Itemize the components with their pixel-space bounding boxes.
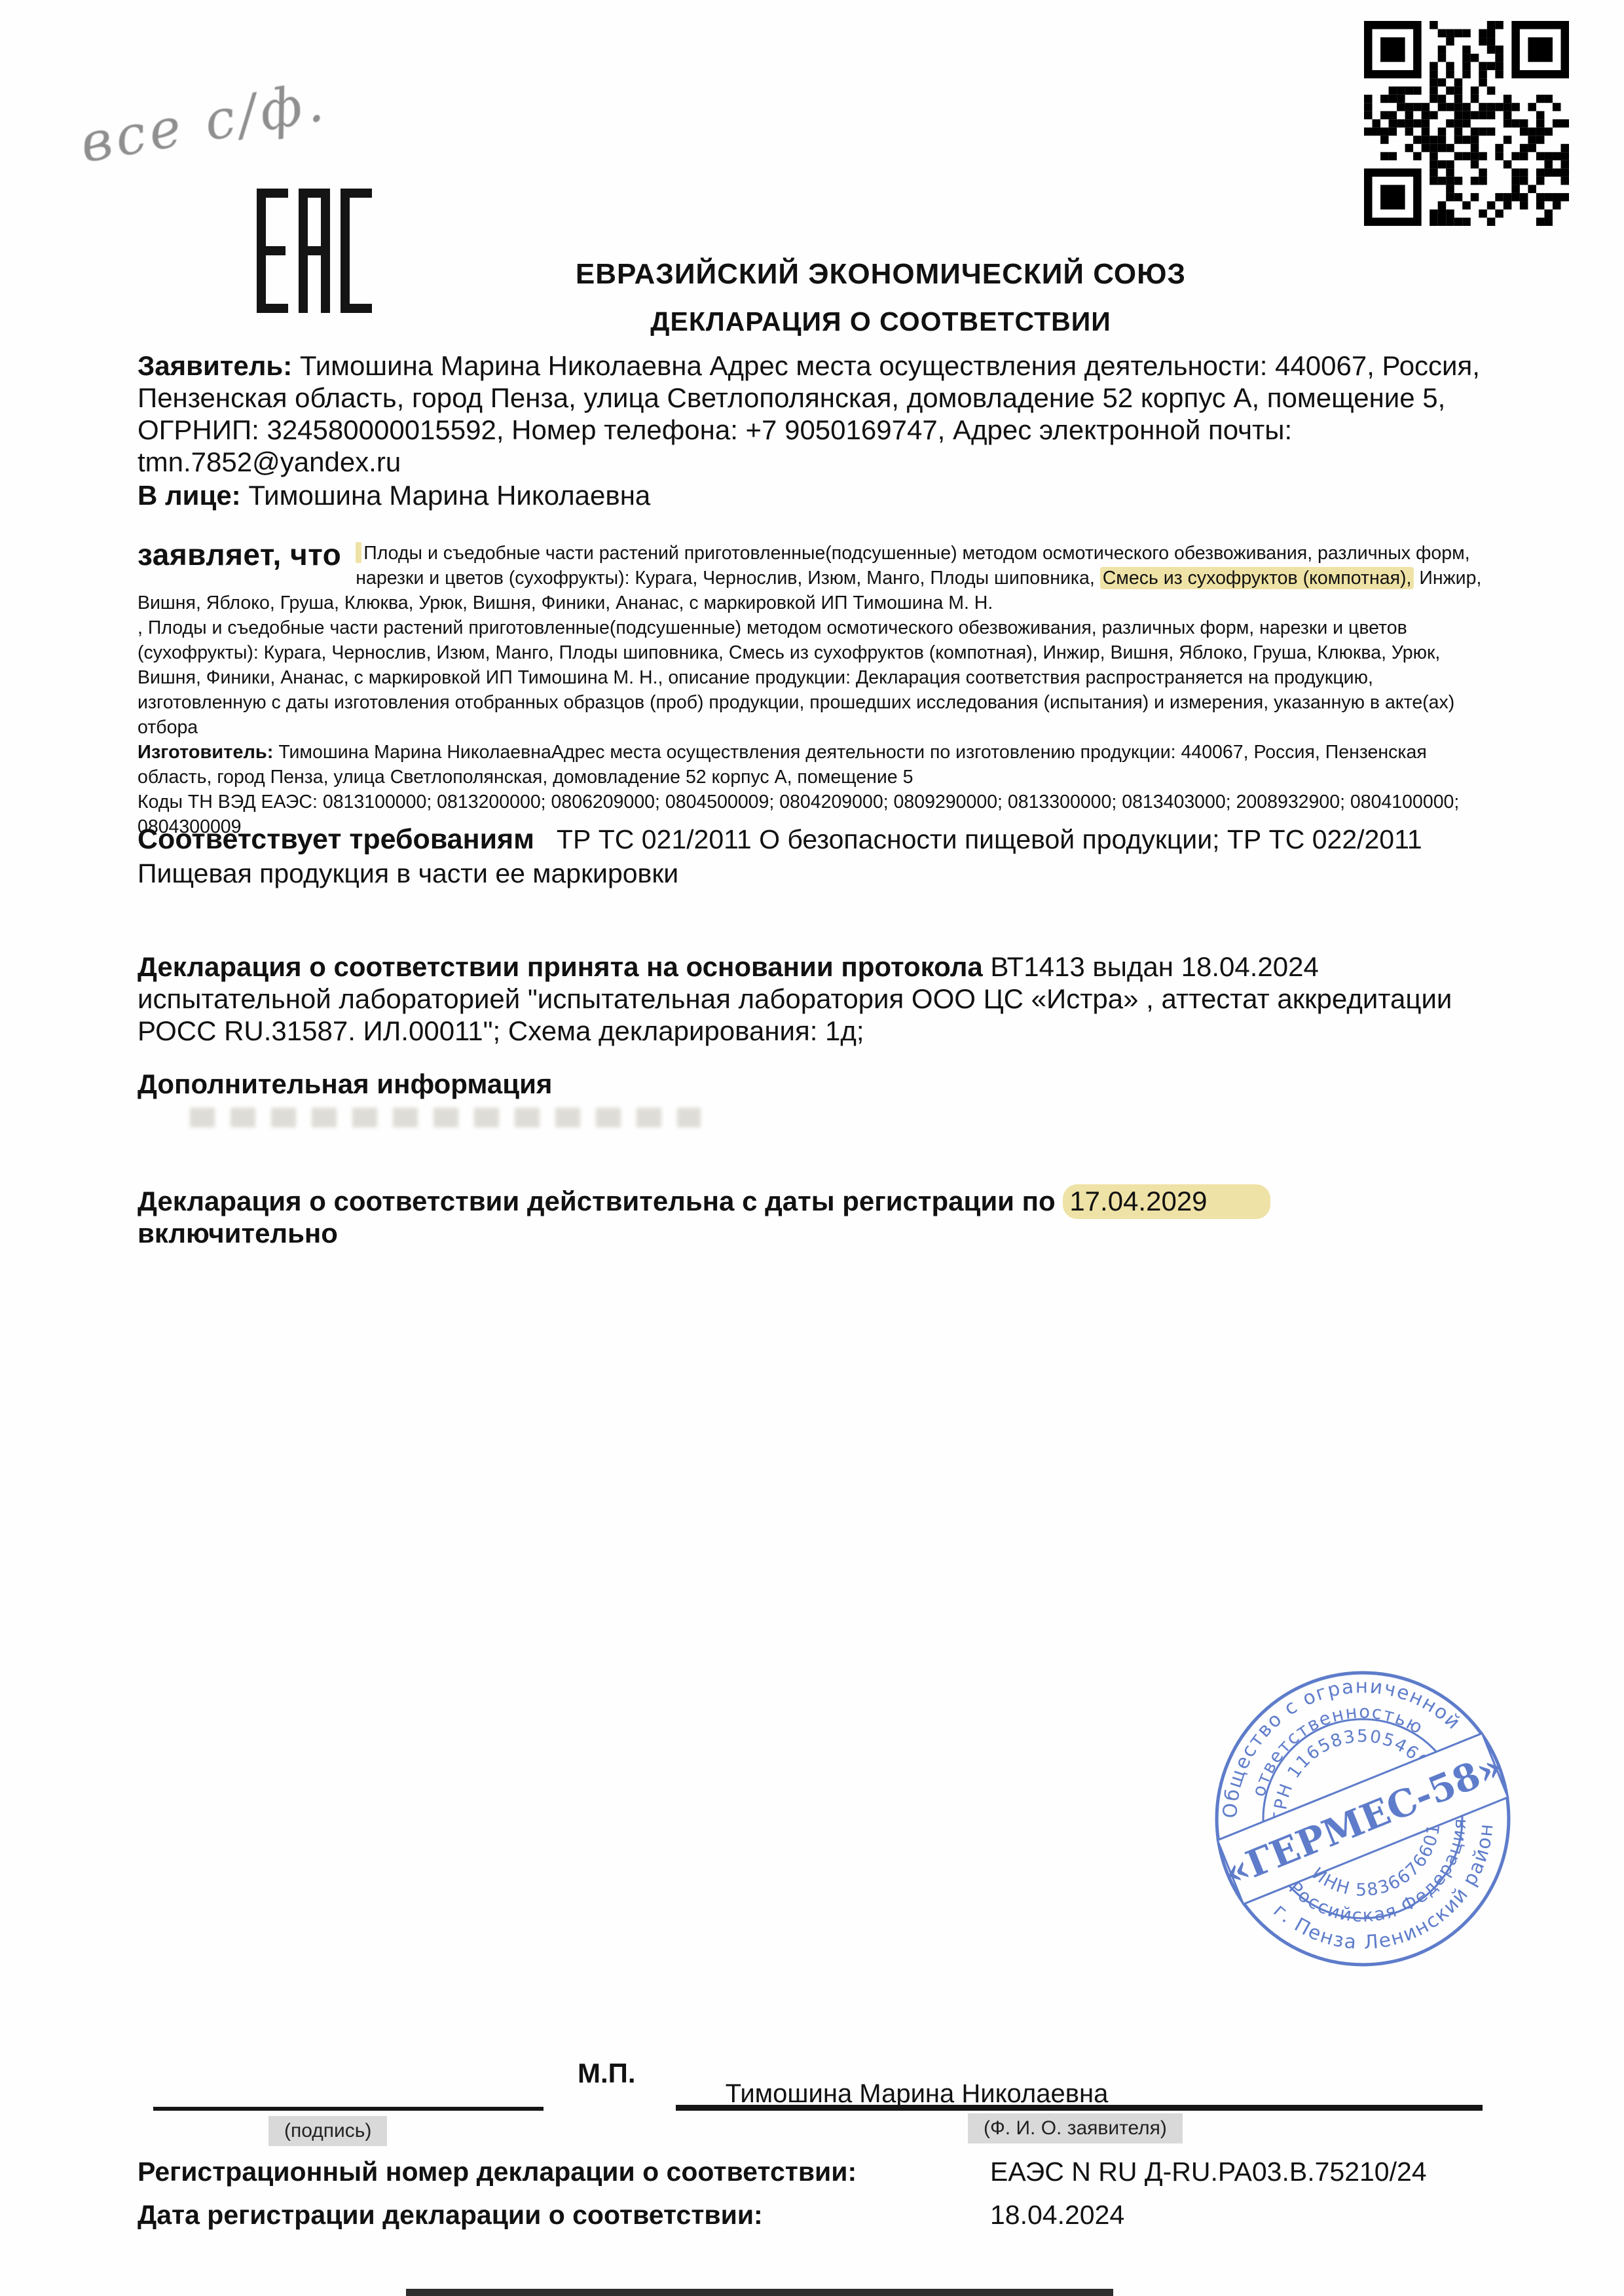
highlighted-product-phrase: Смесь из сухофруктов (компотная), bbox=[1100, 567, 1414, 589]
validity-block: Декларация о соответствии действительна … bbox=[138, 1185, 1500, 1249]
name-line bbox=[676, 2105, 1483, 2111]
declares-block: заявляет, что Плоды и съедобные части ра… bbox=[138, 541, 1500, 839]
registration-number-label: Регистрационный номер декларации о соотв… bbox=[138, 2157, 857, 2187]
complies-block: Соответствует требованиям ТР ТС 021/2011… bbox=[138, 822, 1500, 890]
document-title: ДЕКЛАРАЦИЯ О СООТВЕТСТВИИ bbox=[157, 306, 1604, 337]
applicant-text: Тимошина Марина Николаевна Адрес места о… bbox=[138, 350, 1480, 477]
product-description-1: Плоды и съедобные части растений пригото… bbox=[138, 541, 1500, 615]
validity-label-after: включительно bbox=[138, 1218, 338, 1248]
company-round-stamp: Общество с ограниченной ответственностью… bbox=[1168, 1624, 1557, 2013]
handwritten-note: все с/ф. bbox=[76, 57, 409, 175]
manufacturer-text: Тимошина Марина НиколаевнаАдрес места ос… bbox=[138, 742, 1427, 788]
registration-date-value: 18.04.2024 bbox=[990, 2200, 1124, 2231]
basis-label: Декларация о соответствии принята на осн… bbox=[138, 951, 983, 982]
faint-scan-artifact bbox=[190, 1108, 701, 1127]
union-title: ЕВРАЗИЙСКИЙ ЭКОНОМИЧЕСКИЙ СОЮЗ bbox=[157, 258, 1604, 291]
in-person-label: В лице: bbox=[138, 480, 241, 511]
fio-caption: (Ф. И. О. заявителя) bbox=[968, 2113, 1183, 2143]
in-person-block: В лице: Тимошина Марина Николаевна bbox=[138, 479, 1500, 511]
complies-label: Соответствует требованиям bbox=[138, 822, 534, 856]
manufacturer-label: Изготовитель: bbox=[138, 742, 273, 763]
declaration-document-page: все с/ф. ЕВРАЗИЙСКИЙ ЭКОНОМИЧЕСКИЙ СОЮЗ … bbox=[0, 0, 1624, 2296]
applicant-block: Заявитель: Тимошина Марина Николаевна Ад… bbox=[138, 350, 1500, 478]
stamp-place-label: М.П. bbox=[578, 2058, 636, 2089]
validity-label-before: Декларация о соответствии действительна … bbox=[138, 1186, 1063, 1216]
tnved-label: Коды ТН ВЭД ЕАЭС: bbox=[138, 792, 318, 812]
additional-info-label: Дополнительная информация bbox=[138, 1068, 1500, 1100]
manufacturer-block: Изготовитель: Тимошина Марина Николаевна… bbox=[138, 740, 1500, 790]
declares-label: заявляет, что bbox=[138, 541, 341, 568]
registration-number-value: ЕАЭС N RU Д-RU.РА03.В.75210/24 bbox=[990, 2157, 1427, 2187]
qr-code-svg bbox=[1364, 21, 1569, 226]
product-description-2: , Плоды и съедобные части растений приго… bbox=[138, 615, 1500, 740]
scan-edge-artifact bbox=[406, 2289, 1113, 2296]
in-person-text: Тимошина Марина Николаевна bbox=[248, 480, 650, 511]
qr-code-icon bbox=[1364, 21, 1569, 226]
signature-caption: (подпись) bbox=[268, 2116, 387, 2146]
registration-date-label: Дата регистрации декларации о соответств… bbox=[138, 2200, 763, 2231]
highlight-start-mark bbox=[356, 542, 361, 563]
basis-block: Декларация о соответствии принята на осн… bbox=[138, 951, 1500, 1047]
signature-line bbox=[153, 2107, 544, 2111]
validity-date-highlighted: 17.04.2029 bbox=[1063, 1184, 1270, 1219]
eac-logo-icon bbox=[257, 189, 372, 313]
applicant-label: Заявитель: bbox=[138, 350, 292, 381]
